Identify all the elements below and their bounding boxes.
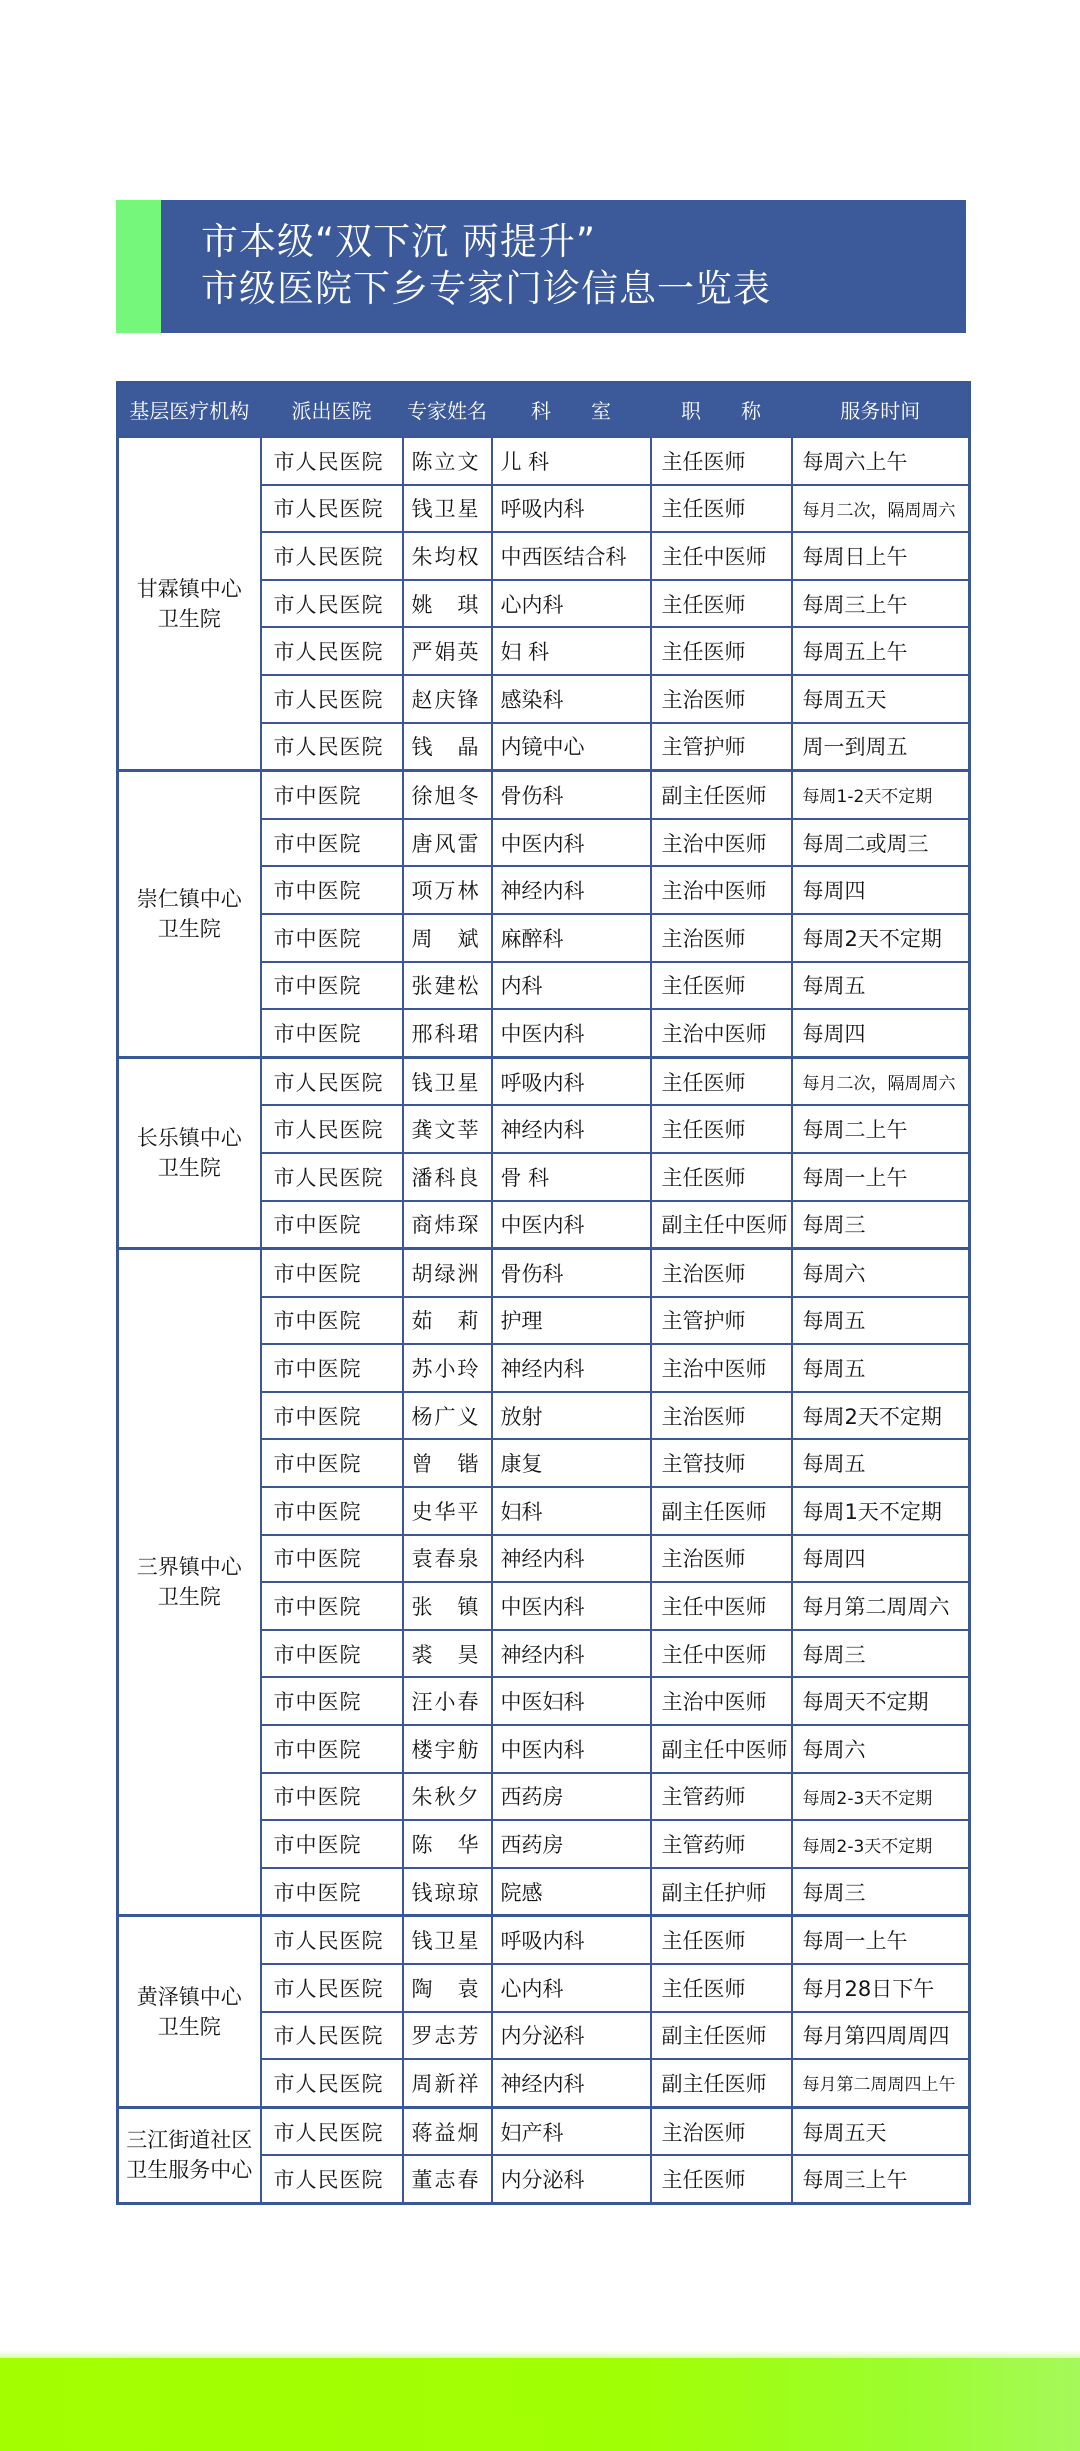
department-cell: 中医内科 <box>492 1725 651 1773</box>
service-time-cell: 每周六上午 <box>792 437 970 485</box>
title-cell: 主任中医师 <box>651 532 792 580</box>
service-time-cell: 每周二或周三 <box>792 819 970 867</box>
service-time-cell: 每周三 <box>792 1201 970 1249</box>
department-cell: 放射 <box>492 1392 651 1440</box>
expert-name-cell: 曾 锴 <box>403 1439 492 1487</box>
table-row: 甘霖镇中心卫生院市人民医院陈立文儿 科主任医师每周六上午 <box>118 437 970 485</box>
service-time-cell: 每周六 <box>792 1249 970 1297</box>
expert-name-cell: 项万林 <box>403 866 492 914</box>
expert-name-cell: 陶 袁 <box>403 1964 492 2012</box>
expert-clinic-table: 基层医疗机构 派出医院 专家姓名 科 室 职 称 服务时间 甘霖镇中心卫生院市人… <box>116 381 971 2205</box>
expert-name-cell: 钱 晶 <box>403 723 492 771</box>
department-cell: 感染科 <box>492 675 651 723</box>
department-cell: 心内科 <box>492 580 651 628</box>
institution-line: 卫生院 <box>121 1153 258 1183</box>
title-cell: 主任医师 <box>651 962 792 1010</box>
expert-name-cell: 陈立文 <box>403 437 492 485</box>
hospital-cell: 市人民医院 <box>261 627 403 675</box>
hospital-cell: 市人民医院 <box>261 2012 403 2060</box>
title-cell: 主任医师 <box>651 2155 792 2203</box>
service-time-cell: 每月28日下午 <box>792 1964 970 2012</box>
expert-name-cell: 楼宇舫 <box>403 1725 492 1773</box>
department-cell: 妇产科 <box>492 2107 651 2155</box>
expert-name-cell: 商炜琛 <box>403 1201 492 1249</box>
expert-name-cell: 钱琼琼 <box>403 1868 492 1916</box>
department-cell: 内科 <box>492 962 651 1010</box>
title-cell: 主治医师 <box>651 2107 792 2155</box>
hospital-cell: 市中医院 <box>261 1249 403 1297</box>
expert-name-cell: 钱卫星 <box>403 1057 492 1105</box>
hospital-cell: 市中医院 <box>261 1677 403 1725</box>
expert-name-cell: 严娟英 <box>403 627 492 675</box>
expert-name-cell: 苏小玲 <box>403 1344 492 1392</box>
institution-cell: 长乐镇中心卫生院 <box>118 1057 261 1248</box>
title-cell: 主治中医师 <box>651 1009 792 1057</box>
table-row: 崇仁镇中心卫生院市中医院徐旭冬骨伤科副主任医师每周1-2天不定期 <box>118 771 970 819</box>
department-cell: 院感 <box>492 1868 651 1916</box>
header-institution: 基层医疗机构 <box>118 383 261 437</box>
title-cell: 主治中医师 <box>651 866 792 914</box>
service-time-cell: 每周五 <box>792 1297 970 1345</box>
service-time-cell: 每月第四周周四 <box>792 2012 970 2060</box>
department-cell: 呼吸内科 <box>492 485 651 533</box>
expert-name-cell: 胡绿洲 <box>403 1249 492 1297</box>
expert-name-cell: 徐旭冬 <box>403 771 492 819</box>
department-cell: 呼吸内科 <box>492 1057 651 1105</box>
expert-name-cell: 蒋益炯 <box>403 2107 492 2155</box>
expert-name-cell: 姚 琪 <box>403 580 492 628</box>
service-time-cell: 每周四 <box>792 1535 970 1583</box>
expert-name-cell: 罗志芳 <box>403 2012 492 2060</box>
table-body: 甘霖镇中心卫生院市人民医院陈立文儿 科主任医师每周六上午市人民医院钱卫星呼吸内科… <box>118 437 970 2204</box>
department-cell: 中医内科 <box>492 1582 651 1630</box>
table-row: 三江街道社区卫生服务中心市人民医院蒋益炯妇产科主治医师每周五天 <box>118 2107 970 2155</box>
title-cell: 主管护师 <box>651 1297 792 1345</box>
institution-line: 甘霖镇中心 <box>121 574 258 604</box>
table-row: 长乐镇中心卫生院市人民医院钱卫星呼吸内科主任医师每月二次，隔周周六 <box>118 1057 970 1105</box>
title-cell: 副主任医师 <box>651 2059 792 2107</box>
title-cell: 主治医师 <box>651 914 792 962</box>
service-time-cell: 每周天不定期 <box>792 1677 970 1725</box>
department-cell: 骨 科 <box>492 1153 651 1201</box>
footer-green-bar <box>0 2358 1080 2451</box>
department-cell: 护理 <box>492 1297 651 1345</box>
expert-name-cell: 袁春泉 <box>403 1535 492 1583</box>
hospital-cell: 市中医院 <box>261 962 403 1010</box>
institution-line: 崇仁镇中心 <box>121 884 258 914</box>
service-time-cell: 每周一上午 <box>792 1916 970 1964</box>
hospital-cell: 市中医院 <box>261 1201 403 1249</box>
department-cell: 神经内科 <box>492 1535 651 1583</box>
table-row: 三界镇中心卫生院市中医院胡绿洲骨伤科主治医师每周六 <box>118 1249 970 1297</box>
title-cell: 主管技师 <box>651 1439 792 1487</box>
title-cell: 主治医师 <box>651 1249 792 1297</box>
expert-name-cell: 汪小春 <box>403 1677 492 1725</box>
service-time-cell: 每周五 <box>792 1344 970 1392</box>
title-cell: 主治医师 <box>651 675 792 723</box>
expert-name-cell: 陈 华 <box>403 1820 492 1868</box>
service-time-cell: 每周2-3天不定期 <box>792 1773 970 1821</box>
service-time-cell: 每周二上午 <box>792 1105 970 1153</box>
institution-line: 卫生院 <box>121 604 258 634</box>
header-department: 科 室 <box>492 383 651 437</box>
title-cell: 主任中医师 <box>651 1582 792 1630</box>
expert-name-cell: 周新祥 <box>403 2059 492 2107</box>
hospital-cell: 市人民医院 <box>261 675 403 723</box>
service-time-cell: 每月二次，隔周周六 <box>792 1057 970 1105</box>
institution-line: 长乐镇中心 <box>121 1123 258 1153</box>
department-cell: 中医妇科 <box>492 1677 651 1725</box>
title-cell: 主治中医师 <box>651 1677 792 1725</box>
title-cell: 主任医师 <box>651 1105 792 1153</box>
hospital-cell: 市中医院 <box>261 771 403 819</box>
expert-name-cell: 朱秋夕 <box>403 1773 492 1821</box>
institution-cell: 三江街道社区卫生服务中心 <box>118 2107 261 2203</box>
hospital-cell: 市中医院 <box>261 1487 403 1535</box>
institution-cell: 黄泽镇中心卫生院 <box>118 1916 261 2107</box>
expert-name-cell: 唐风雷 <box>403 819 492 867</box>
hospital-cell: 市中医院 <box>261 819 403 867</box>
service-time-cell: 每月第二周周四上午 <box>792 2059 970 2107</box>
hospital-cell: 市人民医院 <box>261 1916 403 1964</box>
title-cell: 主治中医师 <box>651 819 792 867</box>
expert-name-cell: 钱卫星 <box>403 485 492 533</box>
hospital-cell: 市人民医院 <box>261 580 403 628</box>
service-time-cell: 每周五 <box>792 962 970 1010</box>
department-cell: 内分泌科 <box>492 2155 651 2203</box>
title-cell: 主任医师 <box>651 627 792 675</box>
department-cell: 神经内科 <box>492 2059 651 2107</box>
expert-name-cell: 张建松 <box>403 962 492 1010</box>
service-time-cell: 每周2天不定期 <box>792 914 970 962</box>
department-cell: 中医内科 <box>492 1009 651 1057</box>
hospital-cell: 市人民医院 <box>261 1105 403 1153</box>
hospital-cell: 市人民医院 <box>261 1153 403 1201</box>
expert-name-cell: 龚文莘 <box>403 1105 492 1153</box>
title-line-2: 市级医院下乡专家门诊信息一览表 <box>201 265 966 312</box>
service-time-cell: 每周五上午 <box>792 627 970 675</box>
hospital-cell: 市中医院 <box>261 1439 403 1487</box>
table-header-row: 基层医疗机构 派出医院 专家姓名 科 室 职 称 服务时间 <box>118 383 970 437</box>
hospital-cell: 市中医院 <box>261 1582 403 1630</box>
service-time-cell: 每周2天不定期 <box>792 1392 970 1440</box>
hospital-cell: 市人民医院 <box>261 1964 403 2012</box>
title-cell: 主治医师 <box>651 1535 792 1583</box>
hospital-cell: 市中医院 <box>261 1773 403 1821</box>
service-time-cell: 每周三上午 <box>792 580 970 628</box>
title-cell: 副主任护师 <box>651 1868 792 1916</box>
institution-cell: 甘霖镇中心卫生院 <box>118 437 261 771</box>
hospital-cell: 市中医院 <box>261 1392 403 1440</box>
institution-cell: 崇仁镇中心卫生院 <box>118 771 261 1058</box>
expert-name-cell: 潘科良 <box>403 1153 492 1201</box>
title-cell: 主任医师 <box>651 580 792 628</box>
institution-line: 黄泽镇中心 <box>121 1982 258 2012</box>
institution-line: 卫生院 <box>121 1582 258 1612</box>
institution-cell: 三界镇中心卫生院 <box>118 1249 261 1916</box>
department-cell: 中西医结合科 <box>492 532 651 580</box>
title-cell: 主治中医师 <box>651 1344 792 1392</box>
hospital-cell: 市中医院 <box>261 1344 403 1392</box>
expert-name-cell: 赵庆锋 <box>403 675 492 723</box>
service-time-cell: 每周1天不定期 <box>792 1487 970 1535</box>
expert-name-cell: 周 斌 <box>403 914 492 962</box>
expert-name-cell: 邢科珺 <box>403 1009 492 1057</box>
expert-name-cell: 史华平 <box>403 1487 492 1535</box>
hospital-cell: 市人民医院 <box>261 532 403 580</box>
table-row: 黄泽镇中心卫生院市人民医院钱卫星呼吸内科主任医师每周一上午 <box>118 1916 970 1964</box>
department-cell: 呼吸内科 <box>492 1916 651 1964</box>
service-time-cell: 每周五 <box>792 1439 970 1487</box>
department-cell: 神经内科 <box>492 1630 651 1678</box>
title-cell: 主任医师 <box>651 437 792 485</box>
service-time-cell: 每月第二周周六 <box>792 1582 970 1630</box>
institution-line: 卫生服务中心 <box>121 2155 258 2185</box>
service-time-cell: 每周一上午 <box>792 1153 970 1201</box>
title-cell: 主管药师 <box>651 1820 792 1868</box>
service-time-cell: 每周三 <box>792 1630 970 1678</box>
footer-fade <box>0 2350 1080 2358</box>
hospital-cell: 市人民医院 <box>261 2155 403 2203</box>
institution-line: 卫生院 <box>121 914 258 944</box>
department-cell: 儿 科 <box>492 437 651 485</box>
institution-line: 三江街道社区 <box>121 2125 258 2155</box>
hospital-cell: 市中医院 <box>261 1868 403 1916</box>
expert-name-cell: 张 镇 <box>403 1582 492 1630</box>
header-expert-name: 专家姓名 <box>403 383 492 437</box>
department-cell: 妇科 <box>492 1487 651 1535</box>
service-time-cell: 每周2-3天不定期 <box>792 1820 970 1868</box>
department-cell: 内镜中心 <box>492 723 651 771</box>
hospital-cell: 市人民医院 <box>261 2107 403 2155</box>
expert-name-cell: 杨广义 <box>403 1392 492 1440</box>
expert-name-cell: 朱均权 <box>403 532 492 580</box>
hospital-cell: 市中医院 <box>261 1820 403 1868</box>
title-cell: 主任医师 <box>651 1964 792 2012</box>
department-cell: 康复 <box>492 1439 651 1487</box>
title-cell: 主任医师 <box>651 485 792 533</box>
department-cell: 西药房 <box>492 1773 651 1821</box>
service-time-cell: 每周三上午 <box>792 2155 970 2203</box>
department-cell: 神经内科 <box>492 866 651 914</box>
title-cell: 副主任医师 <box>651 1487 792 1535</box>
title-cell: 主任医师 <box>651 1057 792 1105</box>
title-cell: 主任中医师 <box>651 1630 792 1678</box>
hospital-cell: 市人民医院 <box>261 723 403 771</box>
department-cell: 妇 科 <box>492 627 651 675</box>
title-cell: 主任医师 <box>651 1153 792 1201</box>
department-cell: 心内科 <box>492 1964 651 2012</box>
department-cell: 中医内科 <box>492 819 651 867</box>
title-cell: 主管护师 <box>651 723 792 771</box>
institution-line: 三界镇中心 <box>121 1552 258 1582</box>
hospital-cell: 市中医院 <box>261 1725 403 1773</box>
service-time-cell: 每周1-2天不定期 <box>792 771 970 819</box>
service-time-cell: 每周日上午 <box>792 532 970 580</box>
header-service-time: 服务时间 <box>792 383 970 437</box>
title-cell: 副主任中医师 <box>651 1201 792 1249</box>
header-hospital: 派出医院 <box>261 383 403 437</box>
department-cell: 内分泌科 <box>492 2012 651 2060</box>
hospital-cell: 市人民医院 <box>261 437 403 485</box>
expert-name-cell: 钱卫星 <box>403 1916 492 1964</box>
hospital-cell: 市中医院 <box>261 1535 403 1583</box>
title-cell: 主任医师 <box>651 1916 792 1964</box>
title-panel: 市本级“双下沉 两提升” 市级医院下乡专家门诊信息一览表 <box>161 200 966 333</box>
title-banner: 市本级“双下沉 两提升” 市级医院下乡专家门诊信息一览表 <box>116 200 966 333</box>
department-cell: 中医内科 <box>492 1201 651 1249</box>
title-cell: 副主任医师 <box>651 2012 792 2060</box>
title-line-1: 市本级“双下沉 两提升” <box>201 218 966 265</box>
hospital-cell: 市中医院 <box>261 1297 403 1345</box>
service-time-cell: 周一到周五 <box>792 723 970 771</box>
service-time-cell: 每月二次，隔周周六 <box>792 485 970 533</box>
hospital-cell: 市人民医院 <box>261 1057 403 1105</box>
expert-name-cell: 董志春 <box>403 2155 492 2203</box>
title-cell: 副主任医师 <box>651 771 792 819</box>
department-cell: 神经内科 <box>492 1344 651 1392</box>
department-cell: 神经内科 <box>492 1105 651 1153</box>
service-time-cell: 每周五天 <box>792 2107 970 2155</box>
title-cell: 副主任中医师 <box>651 1725 792 1773</box>
service-time-cell: 每周六 <box>792 1725 970 1773</box>
hospital-cell: 市中医院 <box>261 1630 403 1678</box>
hospital-cell: 市中医院 <box>261 1009 403 1057</box>
service-time-cell: 每周四 <box>792 866 970 914</box>
service-time-cell: 每周四 <box>792 1009 970 1057</box>
institution-line: 卫生院 <box>121 2012 258 2042</box>
header-title: 职 称 <box>651 383 792 437</box>
department-cell: 骨伤科 <box>492 771 651 819</box>
department-cell: 麻醉科 <box>492 914 651 962</box>
hospital-cell: 市中医院 <box>261 866 403 914</box>
expert-name-cell: 茹 莉 <box>403 1297 492 1345</box>
department-cell: 西药房 <box>492 1820 651 1868</box>
expert-name-cell: 裘 昊 <box>403 1630 492 1678</box>
hospital-cell: 市中医院 <box>261 914 403 962</box>
department-cell: 骨伤科 <box>492 1249 651 1297</box>
title-cell: 主管药师 <box>651 1773 792 1821</box>
title-accent-bar <box>116 200 161 333</box>
hospital-cell: 市人民医院 <box>261 485 403 533</box>
service-time-cell: 每周三 <box>792 1868 970 1916</box>
title-cell: 主治医师 <box>651 1392 792 1440</box>
hospital-cell: 市人民医院 <box>261 2059 403 2107</box>
service-time-cell: 每周五天 <box>792 675 970 723</box>
